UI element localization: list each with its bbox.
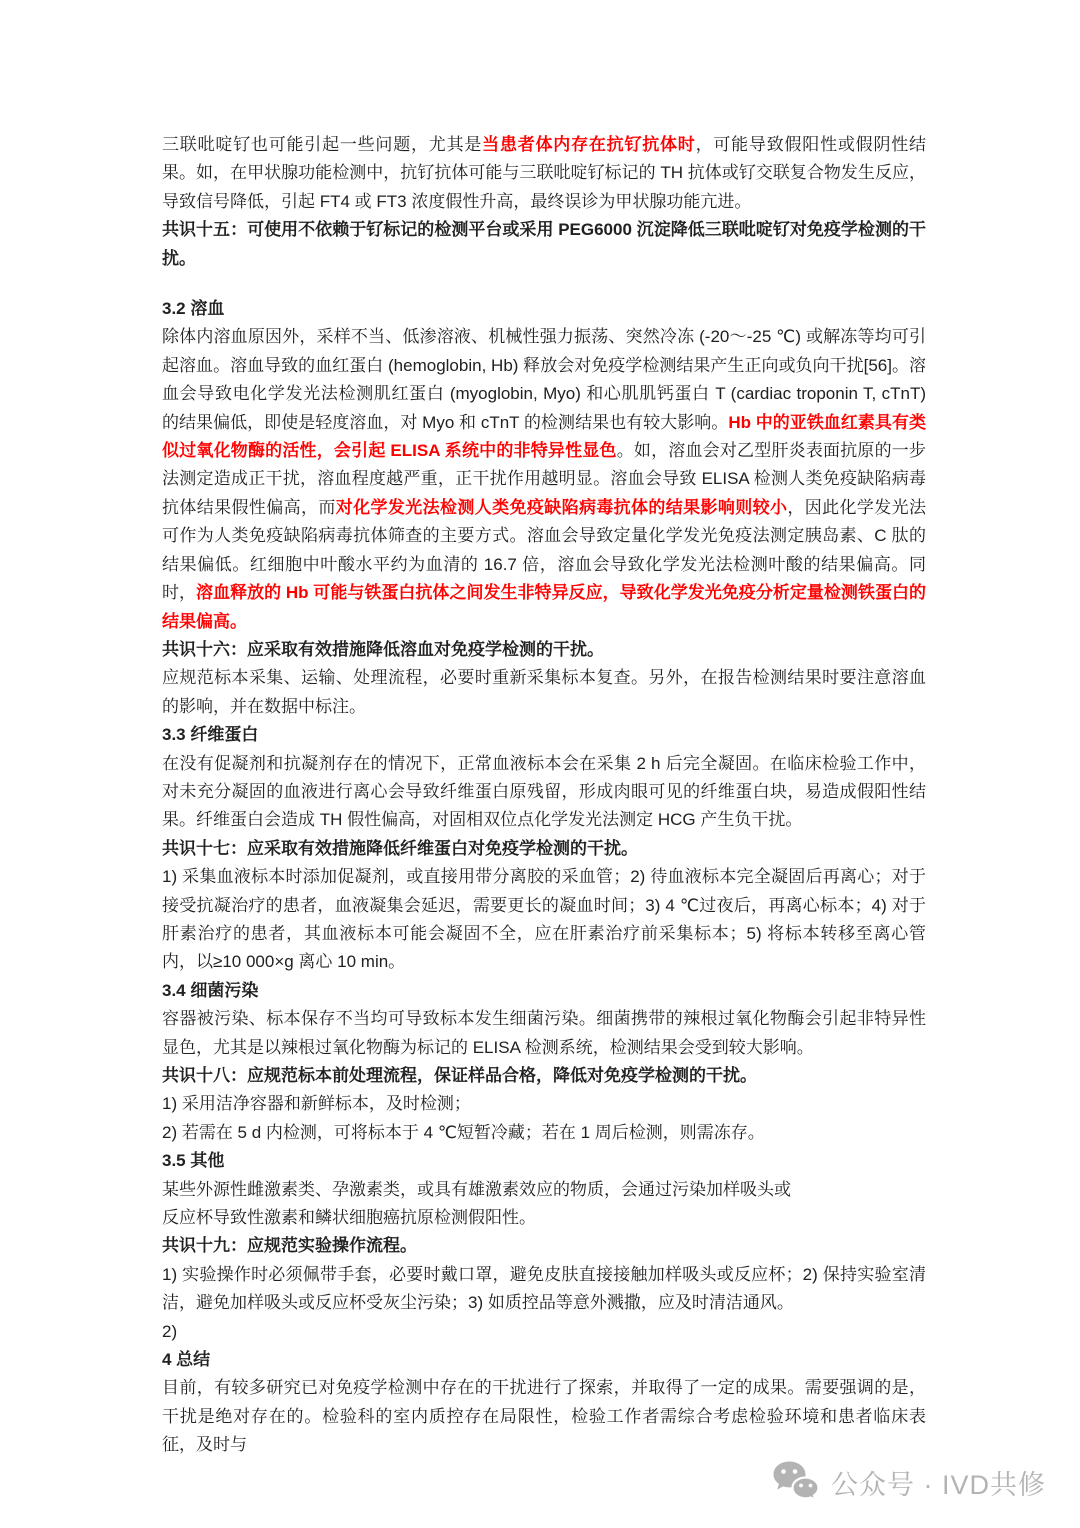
section-heading: 3.5 其他 (162, 1147, 926, 1175)
section-heading: 4 总结 (162, 1346, 926, 1374)
consensus-statement: 共识十五：可使用不依赖于钌标记的检测平台或采用 PEG6000 沉淀降低三联吡啶… (162, 216, 926, 273)
section-heading: 3.4 细菌污染 (162, 977, 926, 1005)
body-paragraph: 容器被污染、标本保存不当均可导致标本发生细菌污染。细菌携带的辣根过氧化物酶会引起… (162, 1005, 926, 1062)
text-segment: 对化学发光法检测人类免疫缺陷病毒抗体的结果影响则较小 (336, 498, 788, 517)
body-paragraph: 1) 采集血液标本时添加促凝剂，或直接用带分离胶的采血管；2) 待血液标本完全凝… (162, 863, 926, 977)
body-paragraph: 1) 实验操作时必须佩带手套，必要时戴口罩，避免皮肤直接接触加样吸头或反应杯；2… (162, 1261, 926, 1318)
text-segment: 当患者体内存在抗钌抗体时 (482, 135, 695, 154)
body-paragraph: 目前，有较多研究已对免疫学检测中存在的干扰进行了探索，并取得了一定的成果。需要强… (162, 1374, 926, 1459)
body-paragraph: 除体内溶血原因外，采样不当、低渗溶液、机械性强力振荡、突然冷冻 (-20～-25… (162, 323, 926, 635)
body-paragraph: 2) 若需在 5 d 内检测，可将标本于 4 ℃短暂冷藏；若在 1 周后检测，则… (162, 1119, 926, 1147)
consensus-statement: 共识十八：应规范标本前处理流程，保证样品合格，降低对免疫学检测的干扰。 (162, 1062, 926, 1090)
footer-watermark: 公众号 · IVD共修 (772, 1460, 1046, 1504)
body-paragraph: 三联吡啶钌也可能引起一些问题，尤其是当患者体内存在抗钌抗体时，可能导致假阳性或假… (162, 131, 926, 216)
text-segment: 三联吡啶钌也可能引起一些问题，尤其是 (162, 135, 482, 154)
wechat-icon (772, 1460, 820, 1504)
body-paragraph: 在没有促凝剂和抗凝剂存在的情况下，正常血液标本会在采集 2 h 后完全凝固。在临… (162, 750, 926, 835)
consensus-statement: 共识十九：应规范实验操作流程。 (162, 1232, 926, 1260)
section-spacer (162, 273, 926, 295)
body-paragraph: 2) (162, 1318, 926, 1346)
watermark-label: 公众号 · IVD共修 (831, 1463, 1046, 1502)
body-paragraph: 1) 采用洁净容器和新鲜标本，及时检测； (162, 1090, 926, 1118)
document-body: 三联吡啶钌也可能引起一些问题，尤其是当患者体内存在抗钌抗体时，可能导致假阳性或假… (162, 131, 926, 1460)
text-segment: 溶血释放的 Hb 可能与铁蛋白抗体之间发生非特异反应，导致化学发光免疫分析定量检… (162, 583, 926, 630)
body-paragraph: 应规范标本采集、运输、处理流程，必要时重新采集标本复查。另外，在报告检测结果时要… (162, 664, 926, 721)
body-paragraph: 反应杯导致性激素和鳞状细胞癌抗原检测假阳性。 (162, 1204, 926, 1232)
consensus-statement: 共识十六：应采取有效措施降低溶血对免疫学检测的干扰。 (162, 636, 926, 664)
section-heading: 3.2 溶血 (162, 295, 926, 323)
document-page: 三联吡啶钌也可能引起一些问题，尤其是当患者体内存在抗钌抗体时，可能导致假阳性或假… (0, 0, 1080, 1528)
body-paragraph: 某些外源性雌激素类、孕激素类，或具有雄激素效应的物质，会通过污染加样吸头或 (162, 1176, 926, 1204)
consensus-statement: 共识十七：应采取有效措施降低纤维蛋白对免疫学检测的干扰。 (162, 835, 926, 863)
section-heading: 3.3 纤维蛋白 (162, 721, 926, 749)
